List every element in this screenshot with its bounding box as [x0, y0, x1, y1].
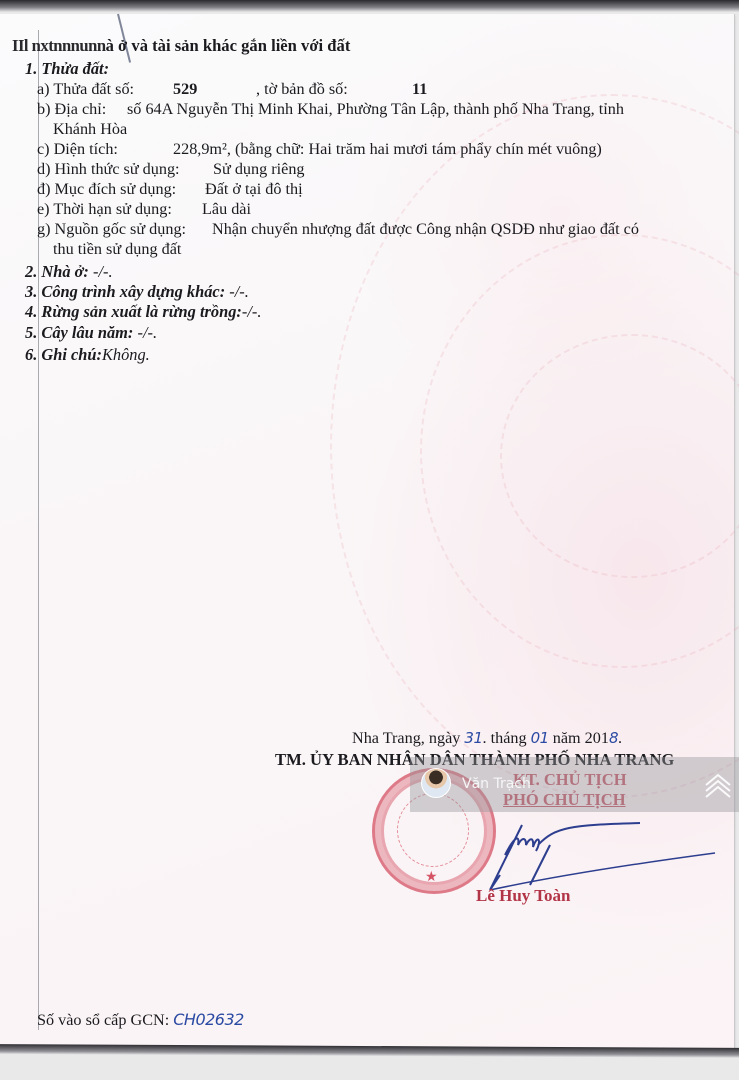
date-day: 31 [464, 729, 482, 747]
area-label: c) Diện tích: [37, 139, 118, 159]
signature [460, 815, 720, 895]
gcn-registry-number: Số vào sổ cấp GCN: CH02632 [37, 1010, 244, 1030]
map-sheet-label: , tờ bản đồ số: [256, 79, 348, 99]
month-label: tháng [491, 729, 527, 747]
address-value: số 64A Nguyễn Thị Minh Khai, Phường Tân … [127, 99, 624, 119]
uploader-overlay [410, 757, 739, 812]
place-prefix: Nha Trang, ngày [352, 729, 460, 747]
usage-origin-value-cont: thu tiền sử dụng đất [53, 239, 181, 259]
usage-origin-label: g) Nguồn gốc sử dụng: [37, 219, 186, 239]
parcel-number-label: a) Thửa đất số: [37, 80, 134, 98]
stacked-chevrons-logo-icon [703, 772, 733, 802]
scan-top-edge [0, 0, 739, 12]
section-6-value: Không. [102, 345, 150, 364]
usage-purpose-label: đ) Mục đích sử dụng: [37, 179, 176, 199]
page-heading: IIl nxtnnnunnà ở và tài sản khác gắn liề… [12, 36, 350, 56]
date-year-suffix: 8 [609, 729, 618, 747]
parcel-number-value: 529 [173, 79, 197, 99]
section-5-value: -/-. [137, 323, 157, 342]
seal-star-icon: ★ [425, 869, 438, 885]
section-5-title: 5. Cây lâu năm: [25, 323, 133, 342]
section-4-title: 4. Rừng sản xuất là rừng trồng: [25, 302, 242, 321]
usage-term-label: e) Thời hạn sử dụng: [37, 199, 172, 219]
usage-form-value: Sử dụng riêng [213, 159, 305, 179]
address-row: b) Địa chỉ: [37, 99, 106, 119]
usage-purpose-value: Đất ở tại đô thị [205, 179, 303, 199]
section-6: 6. Ghi chú:Không. [25, 345, 150, 365]
user-avatar-icon[interactable] [421, 768, 451, 798]
area-value: 228,9m², (bằng chữ: Hai trăm hai mươi tá… [173, 139, 602, 159]
gcn-label: Số vào sổ cấp GCN: [37, 1011, 169, 1029]
section-5: 5. Cây lâu năm: -/-. [25, 323, 157, 343]
section-1-title: 1. Thửa đất: [25, 59, 109, 79]
parcel-number-row: a) Thửa đất số: [37, 79, 134, 99]
section-2: 2. Nhà ở: -/-. [25, 262, 113, 282]
gcn-value: CH02632 [173, 1010, 244, 1029]
heading-garbled-text: IIl nxtnnnunn [12, 36, 106, 55]
uploader-name[interactable]: Văn Trạch [462, 776, 531, 792]
year-label: năm 201 [553, 729, 609, 747]
section-4-value: -/-. [242, 302, 262, 321]
usage-origin-value: Nhận chuyển nhượng đất được Công nhận QS… [212, 219, 639, 239]
usage-term-value: Lâu dài [202, 199, 251, 219]
signer-name: Lê Huy Toàn [476, 886, 571, 906]
section-2-title: 2. Nhà ở: [25, 262, 89, 281]
date-month: 01 [531, 729, 549, 747]
usage-form-label: d) Hình thức sử dụng: [37, 159, 180, 179]
place-date-line: Nha Trang, ngày 31. tháng 01 năm 2018. [352, 728, 622, 748]
address-label: b) Địa chỉ: [37, 100, 106, 118]
section-3: 3. Công trình xây dựng khác: -/-. [25, 282, 249, 302]
section-4: 4. Rừng sản xuất là rừng trồng:-/-. [25, 302, 261, 322]
heading-text: à ở và tài sản khác gắn liền với đất [106, 36, 351, 55]
section-3-title: 3. Công trình xây dựng khác: [25, 282, 225, 301]
section-2-value: -/-. [93, 262, 113, 281]
map-sheet-value: 11 [412, 79, 427, 99]
address-value-cont: Khánh Hòa [53, 119, 127, 139]
section-6-title: 6. Ghi chú: [25, 345, 102, 364]
section-3-value: -/-. [229, 282, 249, 301]
